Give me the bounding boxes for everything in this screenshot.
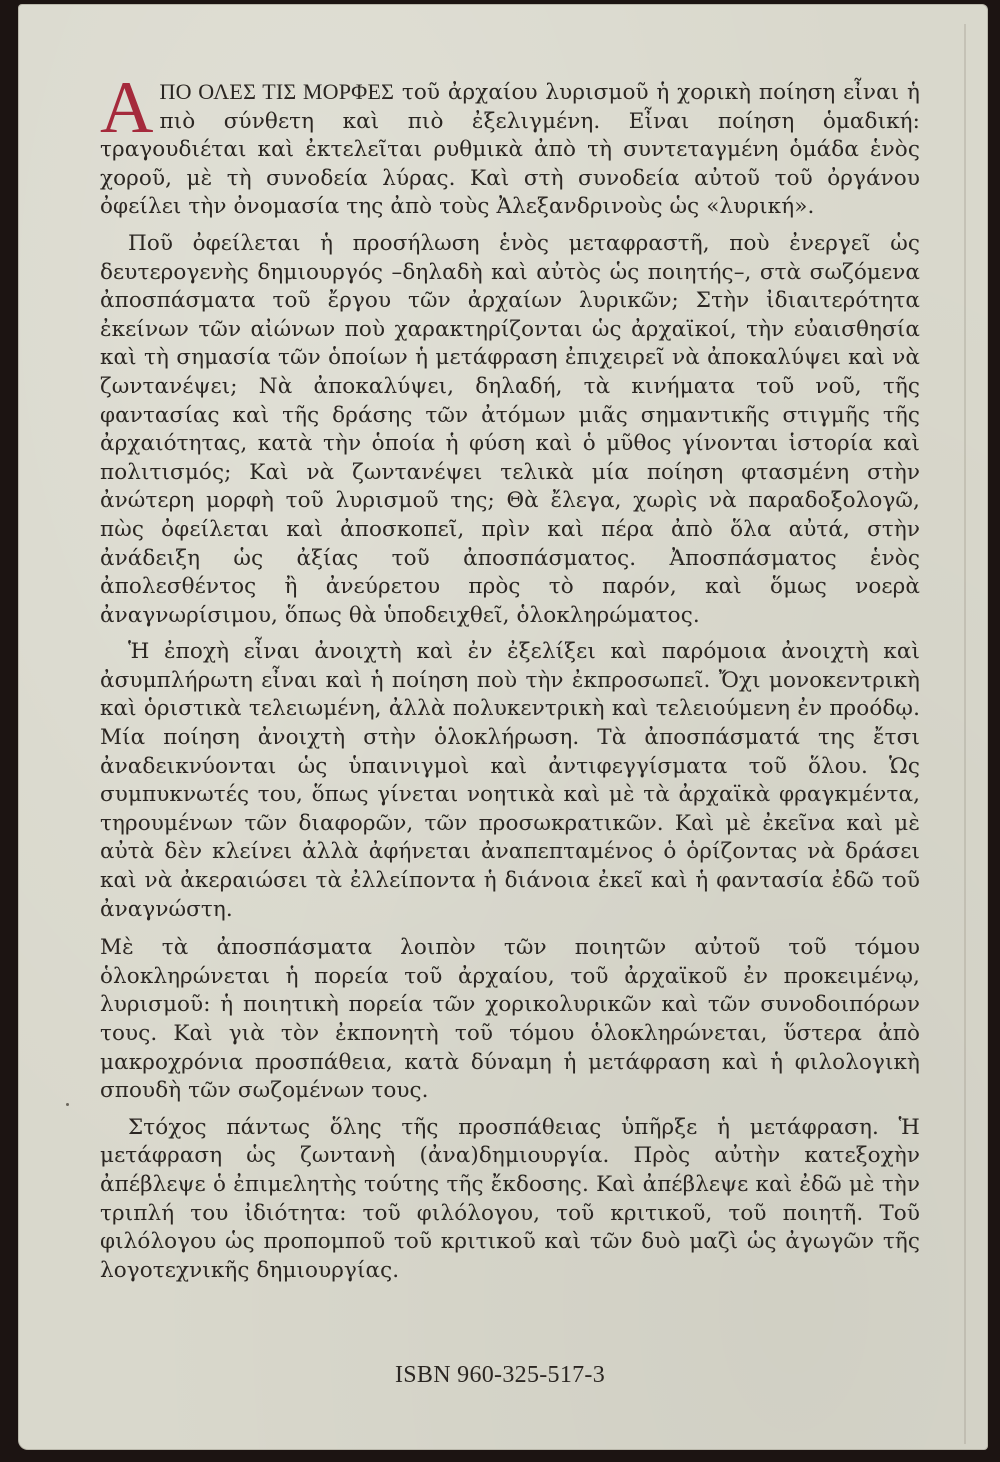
cover-fold-line bbox=[964, 24, 966, 1444]
paper-speck bbox=[66, 1103, 69, 1106]
paragraph-volume-completion: Μὲ τὰ ἀποσπάσματα λοιπὸν τῶν ποιητῶν αὐτ… bbox=[100, 934, 920, 1106]
paragraph-open-era: Ἡ ἐποχὴ εἶναι ἀνοιχτὴ καὶ ἐν ἐξελίξει κα… bbox=[100, 638, 920, 924]
paragraph-translator-devotion: Ποῦ ὀφείλεται ἡ προσήλωση ἑνὸς μεταφραστ… bbox=[100, 230, 920, 630]
intro-caps-lead: ΠΟ ΟΛΕΣ ΤΙΣ ΜΟΡΦΕΣ bbox=[160, 79, 395, 104]
blurb-text: ΑΠΟ ΟΛΕΣ ΤΙΣ ΜΟΡΦΕΣ τοῦ ἀρχαίου λυρισμοῦ… bbox=[100, 78, 920, 1293]
paragraph-translation-goal: Στόχος πάντως ὅλης τῆς προσπάθειας ὑπῆρξ… bbox=[100, 1114, 920, 1286]
intro-paragraph: ΑΠΟ ΟΛΕΣ ΤΙΣ ΜΟΡΦΕΣ τοῦ ἀρχαίου λυρισμοῦ… bbox=[100, 78, 920, 222]
isbn-number: ISBN 960-325-517-3 bbox=[0, 1362, 1000, 1389]
dropcap-letter: Α bbox=[100, 79, 154, 135]
